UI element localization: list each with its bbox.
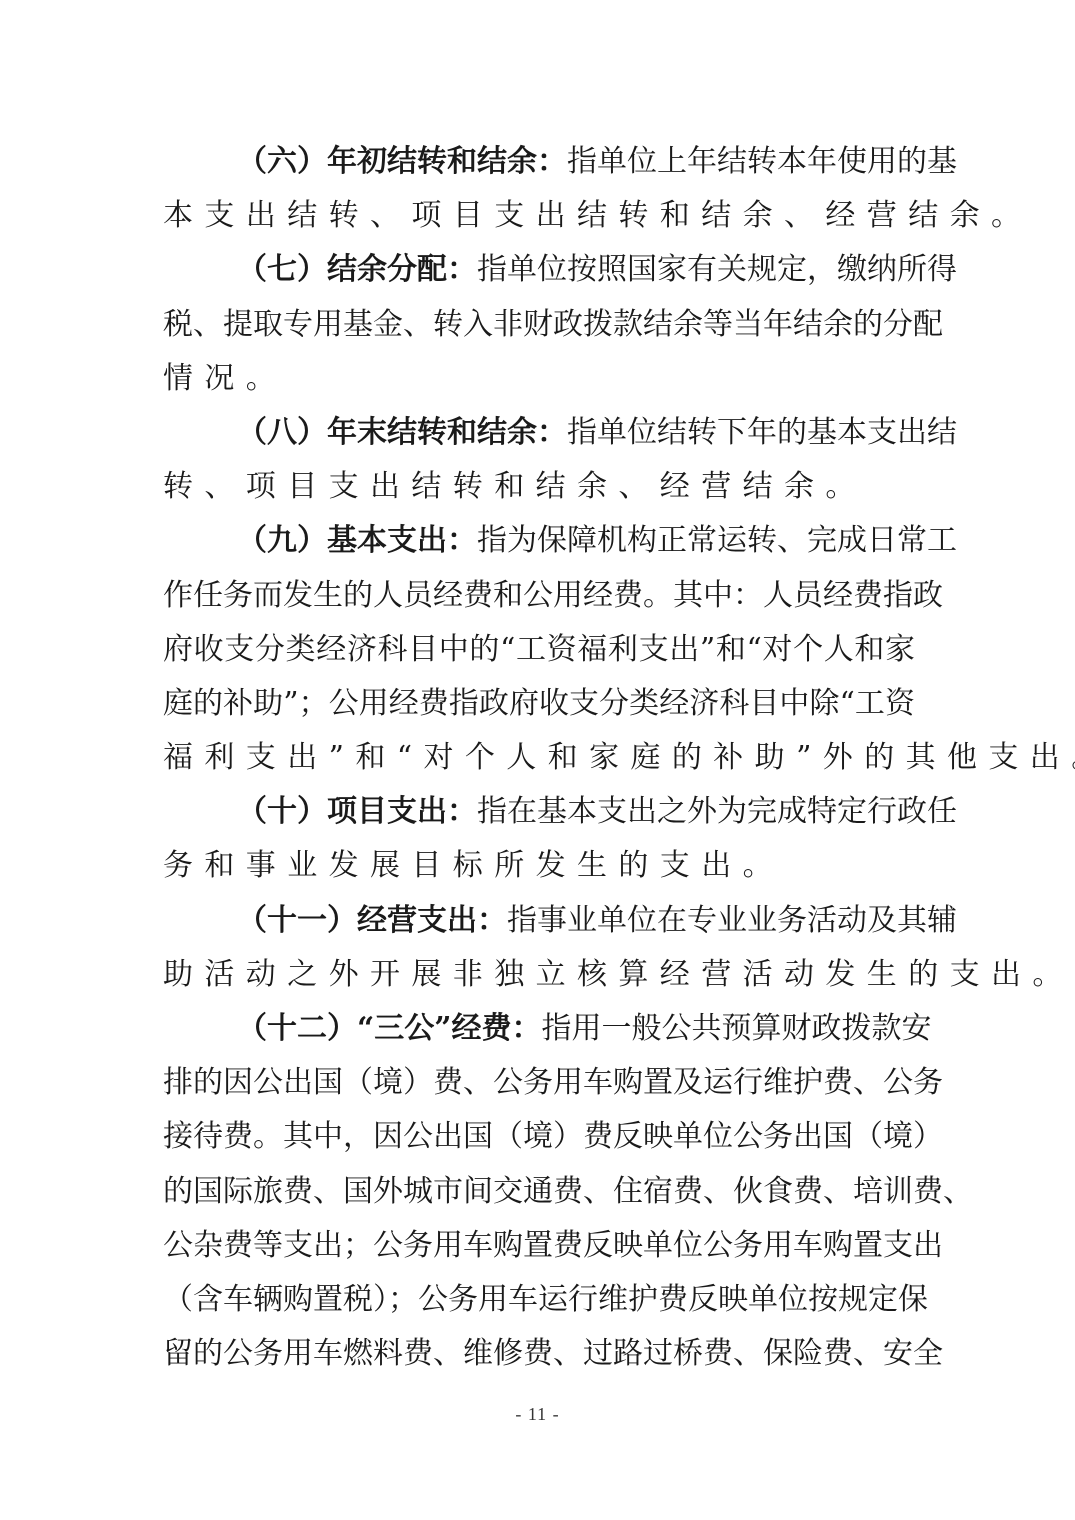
paragraph-10-line-1: （十）项目支出：指在基本支出之外为完成特定行政任 xyxy=(163,790,915,844)
definition-text: 指单位上年结转本年使用的基 xyxy=(567,144,957,179)
page-number: - 11 - xyxy=(0,1404,1075,1425)
paragraph-6-line-2: 本支出结转、项目支出结转和结余、经营结余。 xyxy=(163,194,915,248)
paragraph-7-line-2: 税、提取专用基金、转入非财政拨款结余等当年结余的分配 xyxy=(163,303,915,357)
document-body: （六）年初结转和结余：指单位上年结转本年使用的基 本支出结转、项目支出结转和结余… xyxy=(163,140,915,1386)
paragraph-9-line-1: （九）基本支出：指为保障机构正常运转、完成日常工 xyxy=(163,519,915,573)
term-7: （七）结余分配： xyxy=(237,252,477,287)
paragraph-12-line-7: 留的公务用车燃料费、维修费、过路过桥费、保险费、安全 xyxy=(163,1332,915,1386)
paragraph-8-line-2: 转、项目支出结转和结余、经营结余。 xyxy=(163,465,915,519)
document-page: （六）年初结转和结余：指单位上年结转本年使用的基 本支出结转、项目支出结转和结余… xyxy=(0,0,1075,1520)
term-12: （十二）“三公”经费： xyxy=(237,1011,542,1046)
term-10: （十）项目支出： xyxy=(237,794,477,829)
paragraph-10-line-2: 务和事业发展目标所发生的支出。 xyxy=(163,844,915,898)
paragraph-11-line-2: 助活动之外开展非独立核算经营活动发生的支出。 xyxy=(163,953,915,1007)
paragraph-8-line-1: （八）年末结转和结余：指单位结转下年的基本支出结 xyxy=(163,411,915,465)
definition-text: 指单位按照国家有关规定，缴纳所得 xyxy=(477,252,957,287)
definition-text: 指为保障机构正常运转、完成日常工 xyxy=(477,523,957,558)
definition-text: 指在基本支出之外为完成特定行政任 xyxy=(477,794,957,829)
definition-text: 指事业单位在专业业务活动及其辅 xyxy=(507,903,957,938)
paragraph-7-line-1: （七）结余分配：指单位按照国家有关规定，缴纳所得 xyxy=(163,248,915,302)
paragraph-9-line-3: 府收支分类经济科目中的“工资福利支出”和“对个人和家 xyxy=(163,628,915,682)
paragraph-12-line-2: 排的因公出国（境）费、公务用车购置及运行维护费、公务 xyxy=(163,1061,915,1115)
paragraph-9-line-2: 作任务而发生的人员经费和公用经费。其中：人员经费指政 xyxy=(163,574,915,628)
term-11: （十一）经营支出： xyxy=(237,903,507,938)
paragraph-7-line-3: 情况。 xyxy=(163,357,915,411)
paragraph-12-line-5: 公杂费等支出；公务用车购置费反映单位公务用车购置支出 xyxy=(163,1224,915,1278)
definition-text: 指单位结转下年的基本支出结 xyxy=(567,415,957,450)
paragraph-6-line-1: （六）年初结转和结余：指单位上年结转本年使用的基 xyxy=(163,140,915,194)
paragraph-12-line-4: 的国际旅费、国外城市间交通费、住宿费、伙食费、培训费、 xyxy=(163,1170,915,1224)
definition-text: 指用一般公共预算财政拨款安 xyxy=(542,1011,932,1046)
paragraph-11-line-1: （十一）经营支出：指事业单位在专业业务活动及其辅 xyxy=(163,899,915,953)
term-6: （六）年初结转和结余： xyxy=(237,144,567,179)
paragraph-9-line-4: 庭的补助”；公用经费指政府收支分类经济科目中除“工资 xyxy=(163,682,915,736)
paragraph-12-line-6: （含车辆购置税）；公务用车运行维护费反映单位按规定保 xyxy=(163,1278,915,1332)
paragraph-12-line-3: 接待费。其中，因公出国（境）费反映单位公务出国（境） xyxy=(163,1115,915,1169)
term-9: （九）基本支出： xyxy=(237,523,477,558)
paragraph-12-line-1: （十二）“三公”经费：指用一般公共预算财政拨款安 xyxy=(163,1007,915,1061)
term-8: （八）年末结转和结余： xyxy=(237,415,567,450)
paragraph-9-line-5: 福利支出”和“对个人和家庭的补助”外的其他支出。 xyxy=(163,736,915,790)
